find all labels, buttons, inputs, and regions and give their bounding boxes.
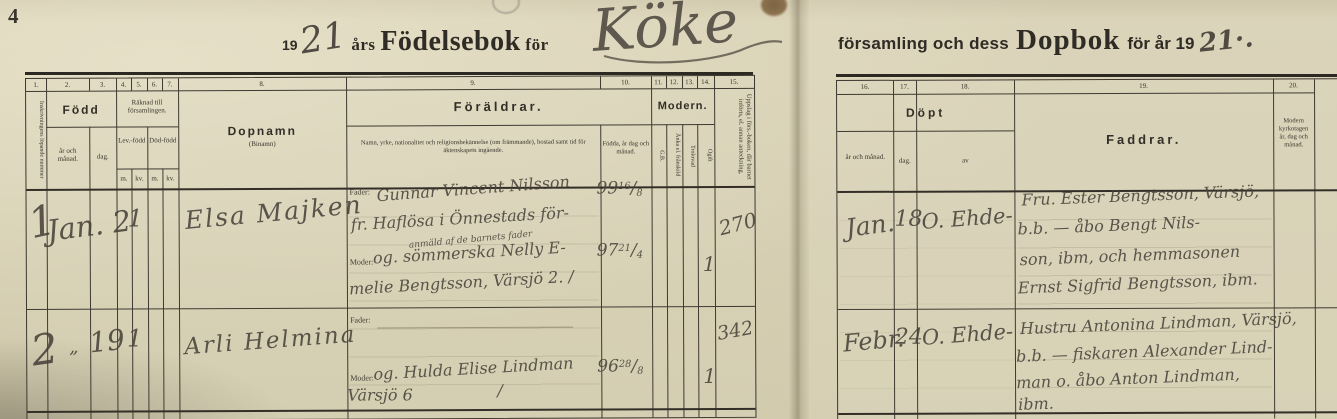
title-dopbok: Dopbok — [1016, 24, 1120, 57]
birth-book-title: 19 21 års Födelsebok för — [282, 18, 549, 59]
col-num: 3. — [89, 81, 116, 89]
birth-column-numbers: 1. 2. 3. 4. 5. 6. 7. 8. 9. 10. 11. 12. 1… — [26, 76, 754, 79]
col-num: 17. — [893, 83, 916, 91]
heavy-rule-right — [836, 74, 1337, 77]
entry2-number: 2 — [28, 323, 61, 375]
entry2-unmarried-tally: 1 — [703, 364, 716, 388]
header-live-born: Lev.-född — [117, 136, 146, 144]
col-num: 13. — [682, 78, 697, 86]
header-kv: kv. — [131, 174, 147, 182]
entry1-mother-born: 9721/4 — [597, 240, 643, 261]
col-num: 19. — [1014, 81, 1273, 90]
title-forsamling: församling och dess — [838, 34, 1009, 54]
bap2-day: 24 — [895, 325, 923, 350]
entry2-birth-day: 19 — [87, 323, 126, 360]
header-gb: G.B. — [652, 128, 665, 183]
header-born-day: dag. — [89, 153, 116, 161]
col-num: 7. — [162, 80, 178, 88]
header-betrothed: Trolovad — [683, 128, 696, 183]
stamp-arc-mark — [492, 0, 520, 14]
col-num: 8. — [178, 80, 346, 89]
title-for: för — [525, 35, 548, 54]
col-num: 20. — [1273, 81, 1314, 89]
col-num: 16. — [837, 83, 893, 91]
header-running-number: Inskrivningens löpande nummer — [27, 95, 45, 185]
entry2-mother-born: 9628/8 — [597, 356, 643, 377]
col-num: 6. — [147, 80, 162, 88]
header-churching: Modern kyrkotagen år, dag och månad. — [1275, 117, 1312, 149]
entry1-unmarried-tally: 1 — [703, 252, 716, 276]
header-widow-divorced: Änka el. frånskild — [667, 126, 681, 184]
col-num: 9. — [346, 78, 600, 87]
entry1-baptism-name: Elsa Majken — [184, 190, 364, 235]
entry1-reference: 270 — [716, 208, 759, 241]
baptism-book-title: församling och dess Dopbok för år 19 21·… — [838, 24, 1254, 57]
col-num: 18. — [916, 82, 1014, 90]
entry2-live-born-tally: 1 — [127, 324, 142, 352]
header-bap-year-month: år och månad. — [845, 153, 885, 161]
header-name: Dopnamn — [178, 124, 346, 139]
header-name-sub: (Binamn) — [178, 140, 346, 149]
birth-table: 1. 2. 3. 4. 5. 6. 7. 8. 9. 10. 11. 12. 1… — [25, 75, 756, 419]
col-num: 5. — [131, 80, 147, 88]
header-mother: Modern. — [651, 100, 714, 112]
entry2-reference: 342 — [715, 317, 755, 345]
signature-flourish — [596, 6, 786, 70]
bap1-month: Jan. — [844, 208, 896, 243]
header-m: m. — [147, 174, 162, 182]
entry1-live-born-tally: 1 — [128, 204, 143, 232]
col-num: 11. — [651, 78, 666, 86]
page-fold-shadow — [789, 0, 809, 419]
header-born: Född — [46, 103, 116, 117]
header-still-born: Död-född — [148, 136, 177, 144]
col-num: 12. — [666, 78, 682, 86]
title-main: års Födelsebok för — [351, 26, 548, 58]
header-counted: Räknad till församlingen. — [118, 98, 176, 114]
title-year-handwritten: 21 — [297, 15, 349, 63]
bap2-sponsors-line4: ibm. — [1018, 394, 1054, 414]
header-parents-born: Födda, år dag och månad. — [602, 140, 649, 156]
page-number: 4 — [8, 4, 19, 29]
baptism-table: 16. 17. 18. 19. 20. Döpt år och månad. d… — [836, 78, 1337, 419]
col-num: 10. — [600, 78, 651, 86]
entry2-ditto-mark: „ — [69, 337, 78, 358]
bap1-day: 18 — [894, 207, 922, 232]
mother-label-row2: Moder: — [350, 373, 374, 382]
col-num: 4. — [116, 81, 131, 89]
header-bap-day: dag. — [893, 157, 916, 165]
title-fodelsebok: Födelsebok — [380, 26, 520, 57]
entry1-father-born: 9916/8 — [596, 178, 642, 199]
entry1-birth-date: Jan. 2 — [45, 204, 133, 248]
mother-label-row1: Moder: — [350, 257, 374, 266]
title-year-prefix: 19 — [282, 37, 298, 53]
entry2-stray-mark: / — [497, 381, 502, 400]
col-num: 15. — [714, 78, 754, 86]
header-sponsors: Faddrar. — [1014, 131, 1273, 147]
baptism-column-numbers: 16. 17. 18. 19. 20. — [837, 79, 1337, 81]
col-num: 2. — [46, 81, 89, 89]
col-num: 1. — [26, 81, 46, 89]
header-reference: Uppslag i förs.-boken, där barnet infört… — [718, 90, 752, 184]
header-bap-by: av — [916, 156, 1014, 164]
entry2-baptism-name: Arli Helmina — [183, 322, 357, 361]
header-m: m. — [116, 175, 131, 183]
title-ars: års — [351, 35, 375, 54]
scanned-church-record: 4 19 21 års Födelsebok för Köke församli… — [0, 0, 1337, 419]
header-parents: Föräldrar. — [346, 98, 651, 114]
header-unmarried: Ogift — [698, 128, 713, 183]
header-born-year-month: år och månad. — [48, 147, 87, 163]
title-year2-handwritten: 21·. — [1198, 23, 1255, 59]
header-kv: kv. — [162, 174, 178, 182]
header-parents-detail: Namn, yrke, nationalitet och religionsbe… — [356, 139, 590, 156]
col-num: 14. — [697, 78, 714, 86]
header-baptized: Döpt — [837, 105, 1014, 120]
title-for-ar: för år 19 — [1127, 34, 1194, 54]
entry2-mother-line2: Värsjö 6 — [347, 385, 412, 404]
